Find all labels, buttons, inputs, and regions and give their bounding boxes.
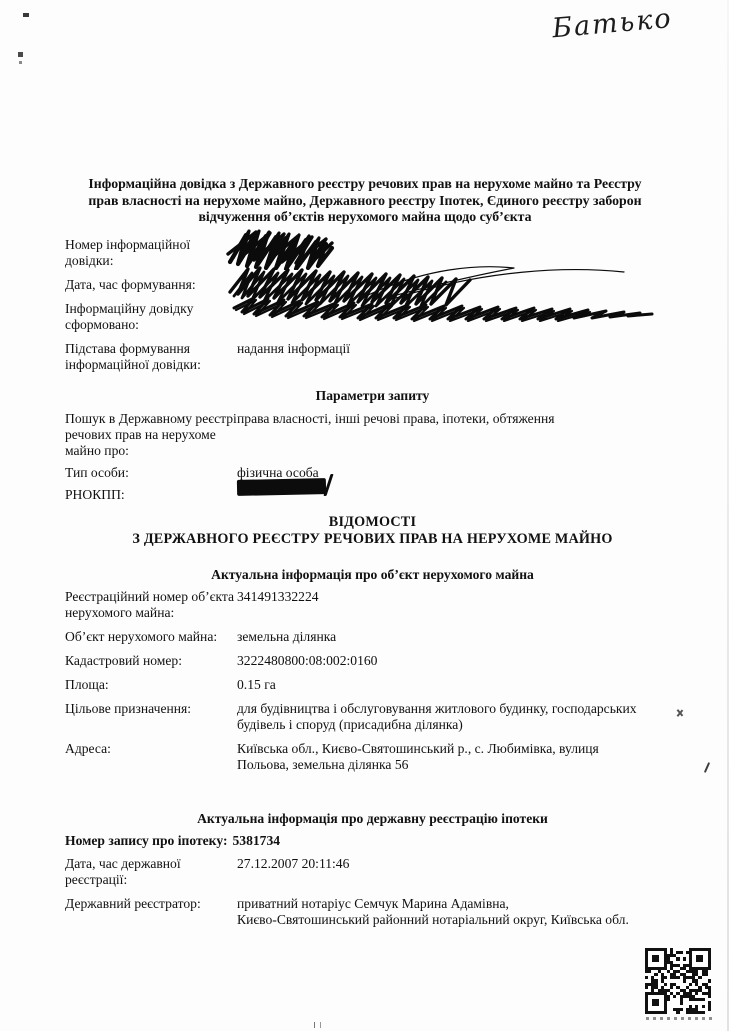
field-row-purpose: Цільове призначення: для будівництва і о…: [65, 701, 680, 733]
field-label: Номер інформаційної довідки:: [65, 237, 237, 269]
qr-caption-microtext: [646, 1017, 716, 1020]
field-value-redacted: [237, 301, 680, 333]
qr-finder-pattern: [645, 992, 667, 1014]
scan-speck: [19, 61, 22, 64]
scan-mark: [314, 1022, 321, 1028]
object-section: Реєстраційний номер об’єкта нерухомого м…: [65, 589, 680, 773]
field-row-area: Площа: 0.15 га: [65, 677, 680, 693]
field-row-cadastral-number: Кадастровий номер: 3222480800:08:002:016…: [65, 653, 680, 669]
field-value: Київська обл., Києво-Святошинський р., с…: [237, 741, 680, 773]
field-row-registration-datetime: Дата, час державної реєстрації: 27.12.20…: [65, 856, 680, 888]
field-value: 3222480800:08:002:0160: [237, 653, 680, 669]
field-row-address: Адреса: Київська обл., Києво-Святошинськ…: [65, 741, 680, 773]
field-row-formation-datetime: Дата, час формування:: [65, 277, 680, 293]
field-label: Дата, час формування:: [65, 277, 237, 293]
field-label: Тип особи:: [65, 465, 237, 481]
query-section-heading: Параметри запиту: [65, 388, 680, 404]
qr-finder-pattern: [689, 948, 711, 970]
field-label: РНОКПП:: [65, 487, 237, 503]
field-label: Підстава формування інформаційної довідк…: [65, 341, 237, 373]
field-value: для будівництва і обслуговування житлово…: [237, 701, 680, 733]
field-value: приватний нотаріус Семчук Марина Адамівн…: [237, 896, 680, 928]
field-label: Адреса:: [65, 741, 237, 773]
header-fields-section: Номер інформаційної довідки: Дата, час ф…: [65, 237, 680, 373]
register-extract-heading-line1: ВІДОМОСТІ: [65, 514, 680, 531]
document-title-line2: прав власності на нерухоме майно, Держав…: [54, 193, 676, 210]
field-row-person-type: Тип особи: фізична особа: [65, 465, 680, 481]
qr-finder-pattern: [645, 948, 667, 970]
field-label: Інформаційну довідку сформовано:: [65, 301, 237, 333]
field-label: Дата, час державної реєстрації:: [65, 856, 237, 888]
field-row-formation-basis: Підстава формування інформаційної довідк…: [65, 341, 680, 373]
object-section-heading: Актуальна інформація про об’єкт нерухомо…: [65, 567, 680, 583]
register-extract-heading: ВІДОМОСТІ З ДЕРЖАВНОГО РЕЄСТРУ РЕЧОВИХ П…: [65, 514, 680, 548]
mortgage-record-number-line: Номер запису про іпотеку:5381734: [65, 833, 280, 849]
scan-speck: [23, 13, 29, 17]
qr-code: [645, 948, 711, 1014]
document-title-line3: відчуження об’єктів нерухомого майна щод…: [54, 209, 676, 226]
field-row-search-scope: Пошук в Державному реєстрі речових прав …: [65, 411, 680, 459]
field-value: 341491332224: [237, 589, 680, 621]
field-row-certificate-number: Номер інформаційної довідки:: [65, 237, 680, 269]
field-label: Державний реєстратор:: [65, 896, 237, 928]
field-row-state-registrar: Державний реєстратор: приватний нотаріус…: [65, 896, 680, 928]
field-label: Цільове призначення:: [65, 701, 237, 733]
field-row-formed-by: Інформаційну довідку сформовано:: [65, 301, 680, 333]
mortgage-section-heading: Актуальна інформація про державну реєстр…: [65, 811, 680, 827]
field-label: Площа:: [65, 677, 237, 693]
field-label: Кадастровий номер:: [65, 653, 237, 669]
field-row-rnokpp: РНОКПП:: [65, 487, 680, 503]
field-label: Пошук в Державному реєстрі речових прав …: [65, 411, 237, 459]
field-value: 27.12.2007 20:11:46: [237, 856, 680, 888]
query-section: Пошук в Державному реєстрі речових прав …: [65, 411, 680, 503]
field-label: Реєстраційний номер об’єкта нерухомого м…: [65, 589, 237, 621]
field-value: надання інформації: [237, 341, 680, 373]
handwritten-note: Батько: [551, 0, 724, 49]
mortgage-record-label: Номер запису про іпотеку:: [65, 833, 227, 848]
field-value-redacted: [237, 277, 680, 293]
field-value: земельна ділянка: [237, 629, 680, 645]
scan-speck: [18, 52, 23, 57]
document-title: Інформаційна довідка з Державного реєстр…: [54, 176, 676, 226]
document-title-line1: Інформаційна довідка з Державного реєстр…: [54, 176, 676, 193]
mortgage-section: Дата, час державної реєстрації: 27.12.20…: [65, 856, 680, 928]
register-extract-heading-line2: З ДЕРЖАВНОГО РЕЄСТРУ РЕЧОВИХ ПРАВ НА НЕР…: [65, 531, 680, 548]
field-value: 0.15 га: [237, 677, 680, 693]
field-value-redacted: [237, 237, 680, 269]
field-label: Об’єкт нерухомого майна:: [65, 629, 237, 645]
field-value: права власності, інші речові права, іпот…: [237, 411, 680, 459]
field-row-registration-number: Реєстраційний номер об’єкта нерухомого м…: [65, 589, 680, 621]
scan-mark-slash: [704, 762, 710, 773]
black-marker-redaction: [237, 478, 326, 496]
mortgage-record-value: 5381734: [232, 833, 280, 848]
field-row-object-type: Об’єкт нерухомого майна: земельна ділянк…: [65, 629, 680, 645]
